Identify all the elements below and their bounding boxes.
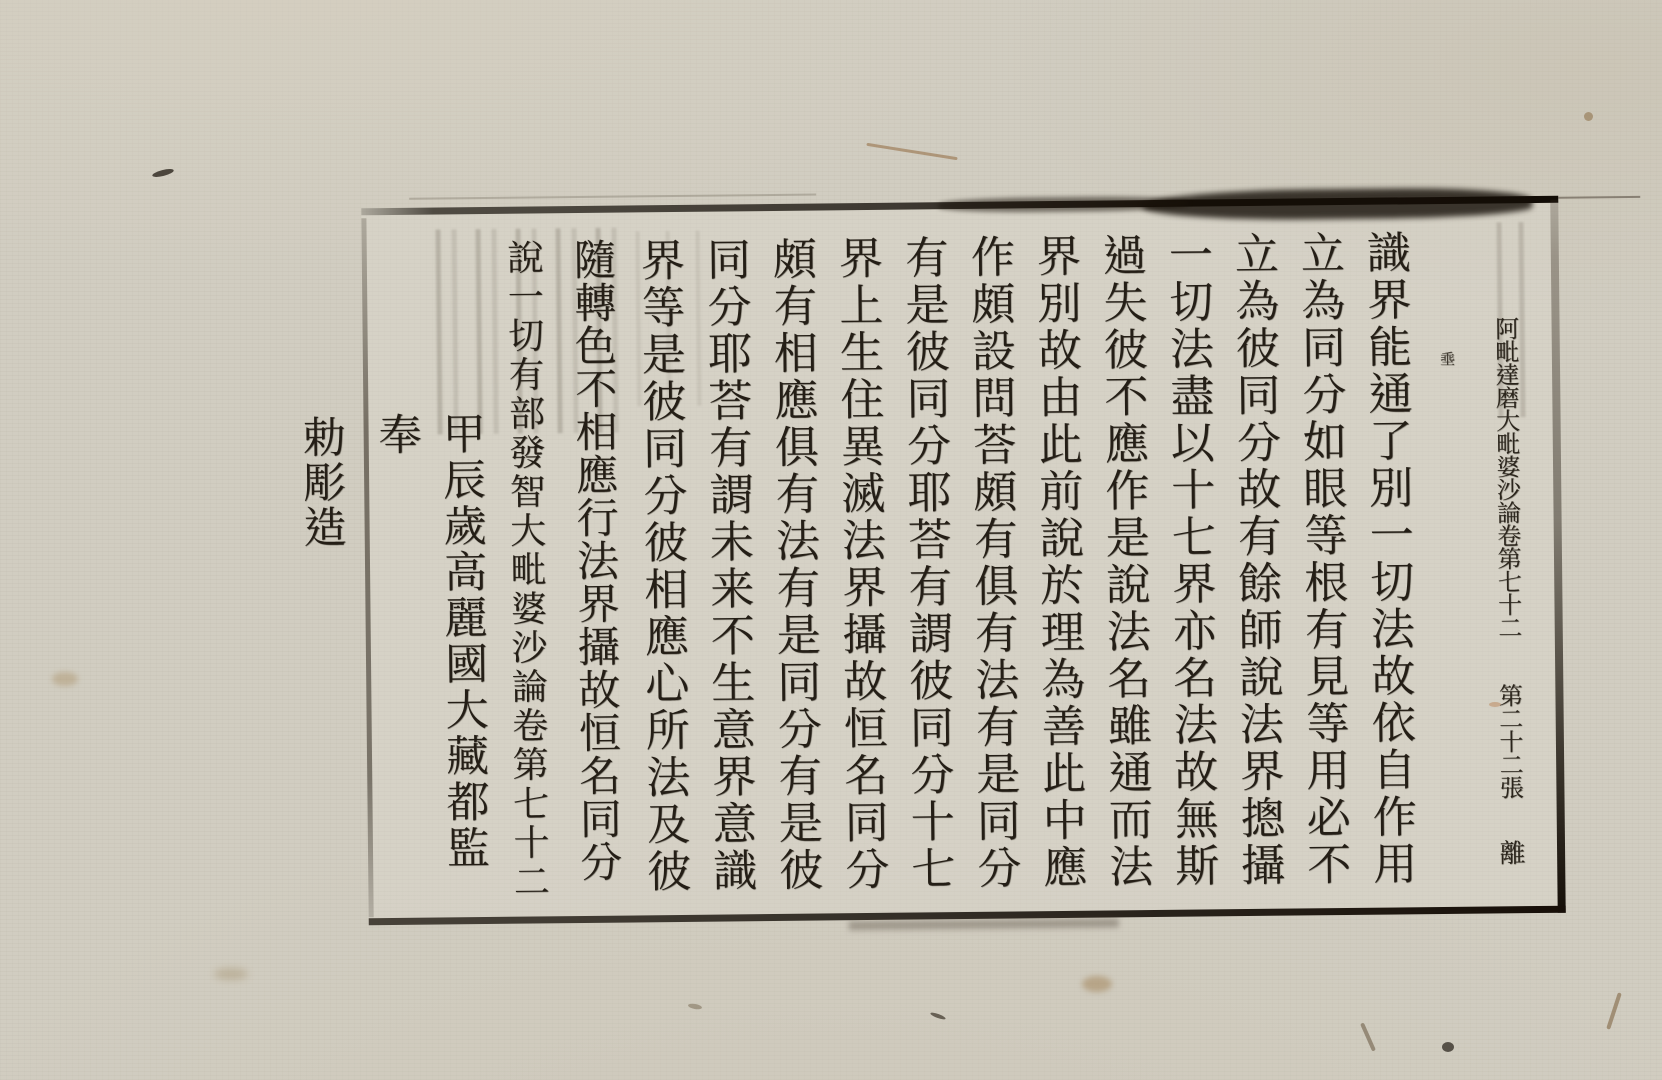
paper-fiber	[1606, 992, 1622, 1029]
paper-stain	[214, 968, 248, 980]
body-text-column: 界等是彼同分彼相應心所法及彼	[624, 223, 697, 913]
paper-speck	[930, 1011, 946, 1020]
sheet-mark-column: 阿毗達磨大毗婆沙論卷第七十二 第二十二張 離 埀	[1416, 214, 1539, 904]
paper-fiber	[866, 143, 957, 160]
body-text-column: 界別故由此前說於理為善此中應	[1020, 219, 1093, 909]
body-text-column: 立為同分如眼等根有見等用必不	[1284, 216, 1357, 906]
sutra-text-area: 阿毗達磨大毗婆沙論卷第七十二 第二十二張 離 埀 識界能通了別一切法故依自作用立…	[373, 214, 1553, 915]
body-text-column: 一切法盡以十七界亦名法故無斯	[1152, 217, 1225, 907]
body-text-column: 識界能通了別一切法故依自作用	[1350, 215, 1423, 905]
paper-speck	[688, 1003, 703, 1010]
body-text-column: 同分耶荅有謂未来不生意界意識	[690, 222, 763, 912]
paper-speck	[152, 167, 175, 178]
body-text-column: 界上生住異滅法界攝故恒名同分	[822, 221, 895, 911]
body-text-column: 隨轉色不相應行法界攝故恒名同分	[558, 224, 631, 914]
body-text-column: 頗有相應俱有法有是同分有是彼	[756, 221, 829, 911]
paper-stain	[1082, 976, 1112, 992]
body-text-column: 過失彼不應作是說法名雖通而法	[1086, 218, 1159, 908]
paper-stain	[52, 672, 78, 686]
printed-text-block: 阿毗達磨大毗婆沙論卷第七十二 第二十二張 離 埀 識界能通了別一切法故依自作用立…	[361, 196, 1565, 925]
scanned-sutra-page: 阿毗達磨大毗婆沙論卷第七十二 第二十二張 離 埀 識界能通了別一切法故依自作用立…	[0, 0, 1662, 1080]
border-hairline	[409, 194, 816, 200]
border-hairline-extension	[1558, 196, 1640, 199]
paper-speck	[1442, 1042, 1454, 1052]
colophon-column: 甲辰歲高麗國大藏都監奉	[362, 225, 497, 915]
border-ink-smear	[849, 918, 1119, 930]
body-text-column: 作頗設問荅頗有俱有法有是同分	[954, 219, 1027, 909]
colophon-edict-column: 勅彫造	[286, 226, 357, 916]
carver-mark: 埀	[1438, 351, 1456, 364]
paper-fiber	[1360, 1022, 1376, 1051]
case-character: 離	[1495, 839, 1525, 864]
body-text-column: 立為彼同分故有餘師說法界摠攝	[1218, 217, 1291, 907]
end-title-column: 說一切有部發智大毗婆沙論卷第七十二	[490, 224, 559, 914]
sheet-mark-title: 阿毗達磨大毗婆沙論卷第七十二	[1490, 316, 1521, 638]
sheet-number: 第二十二張	[1494, 683, 1523, 798]
paper-speck	[1584, 112, 1593, 121]
body-text-column: 有是彼同分耶荅有謂彼同分十七	[888, 220, 961, 910]
